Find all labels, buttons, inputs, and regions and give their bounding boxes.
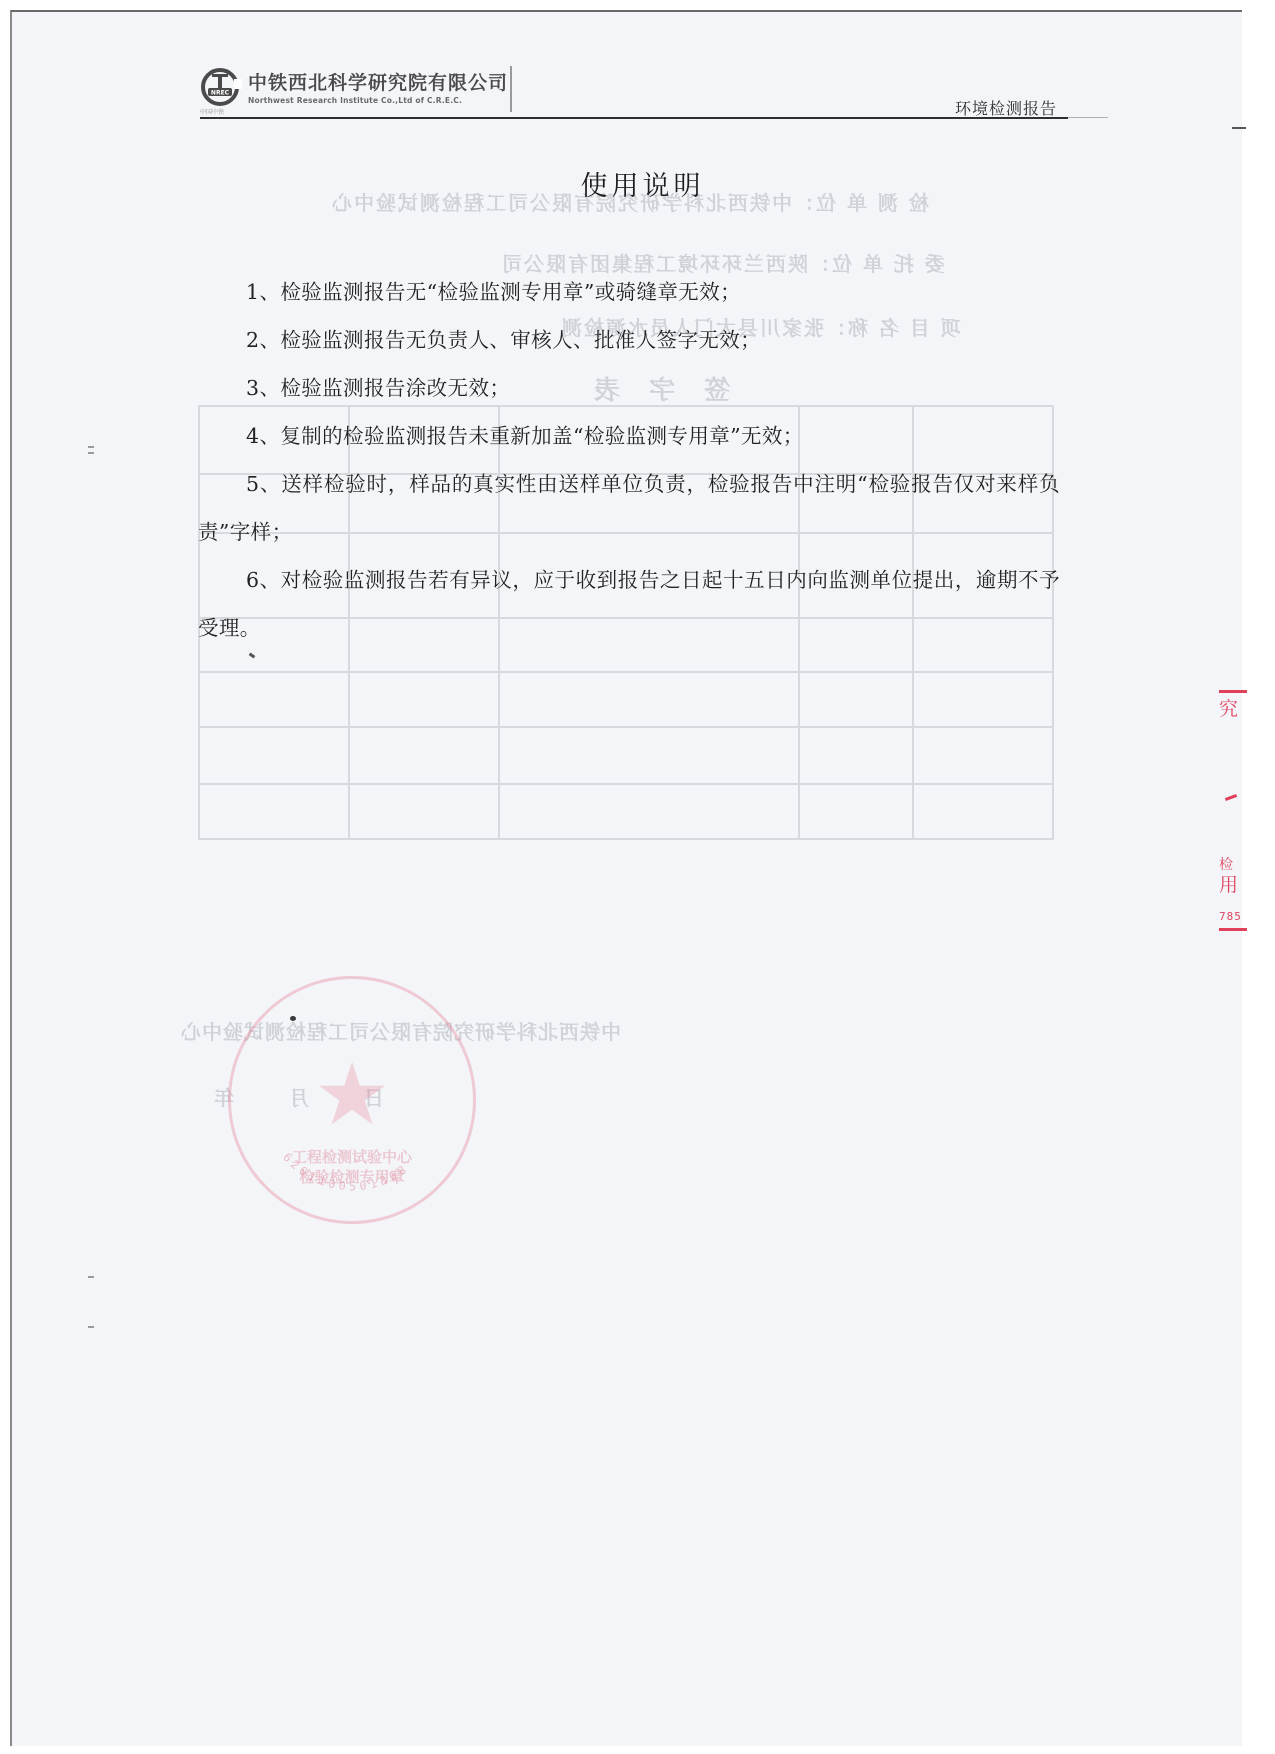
seal-serial-ring: 6201100501368 (231, 979, 473, 1221)
header-divider-tail (1068, 117, 1108, 118)
margin-mark (88, 1326, 94, 1328)
seam-stamp-glyph: 用 (1219, 876, 1238, 895)
company-logo-icon: NREC 中国中铁 (198, 67, 242, 111)
clause-1: 1、检验监测报告无“检验监测专用章”或骑缝章无效； (198, 268, 1060, 316)
header-divider (200, 117, 1068, 119)
edge-mark (1232, 127, 1246, 129)
stray-dot (290, 1016, 296, 1021)
official-seal: ★ 工程检测试验中心 检验检测专用章 6201100501368 (228, 976, 476, 1224)
clause-4: 4、复制的检验监测报告未重新加盖“检验监测专用章”无效； (198, 412, 1060, 460)
svg-text:6201100501368: 6201100501368 (280, 1150, 412, 1193)
clause-2: 2、检验监测报告无负责人、审核人、批准人签字无效； (198, 316, 1060, 364)
company-logo-block: NREC 中国中铁 中铁西北科学研究院有限公司 Northwest Resear… (198, 66, 512, 112)
report-type-label: 环境检测报告 (955, 96, 1057, 119)
logo-subtext: 中国中铁 (200, 107, 224, 116)
margin-mark (88, 452, 94, 454)
seam-stamp-glyph: 检 (1219, 858, 1233, 872)
company-name-en: Northwest Research Institute Co.,Ltd of … (248, 97, 508, 105)
seam-stamp-digits: 785 (1219, 910, 1242, 923)
seam-stamp-glyph: 究 (1219, 700, 1238, 719)
clause-5: 5、送样检验时，样品的真实性由送样单位负责，检验报告中注明“检验报告仅对来样负责… (198, 460, 1060, 556)
clause-6: 6、对检验监测报告若有异议，应于收到报告之日起十五日内向监测单位提出，逾期不予受… (198, 556, 1060, 652)
page-title: 使用说明 (0, 164, 1275, 203)
svg-text:NREC: NREC (211, 90, 230, 97)
seam-stamp-fragment: 究 检 用 785 (1219, 690, 1249, 940)
usage-instructions: 1、检验监测报告无“检验监测专用章”或骑缝章无效； 2、检验监测报告无负责人、审… (198, 268, 1060, 652)
margin-mark (88, 1276, 94, 1278)
margin-mark (88, 446, 94, 448)
clause-3: 3、检验监测报告涂改无效； (198, 364, 1060, 412)
company-name-cn: 中铁西北科学研究院有限公司 (248, 74, 508, 93)
